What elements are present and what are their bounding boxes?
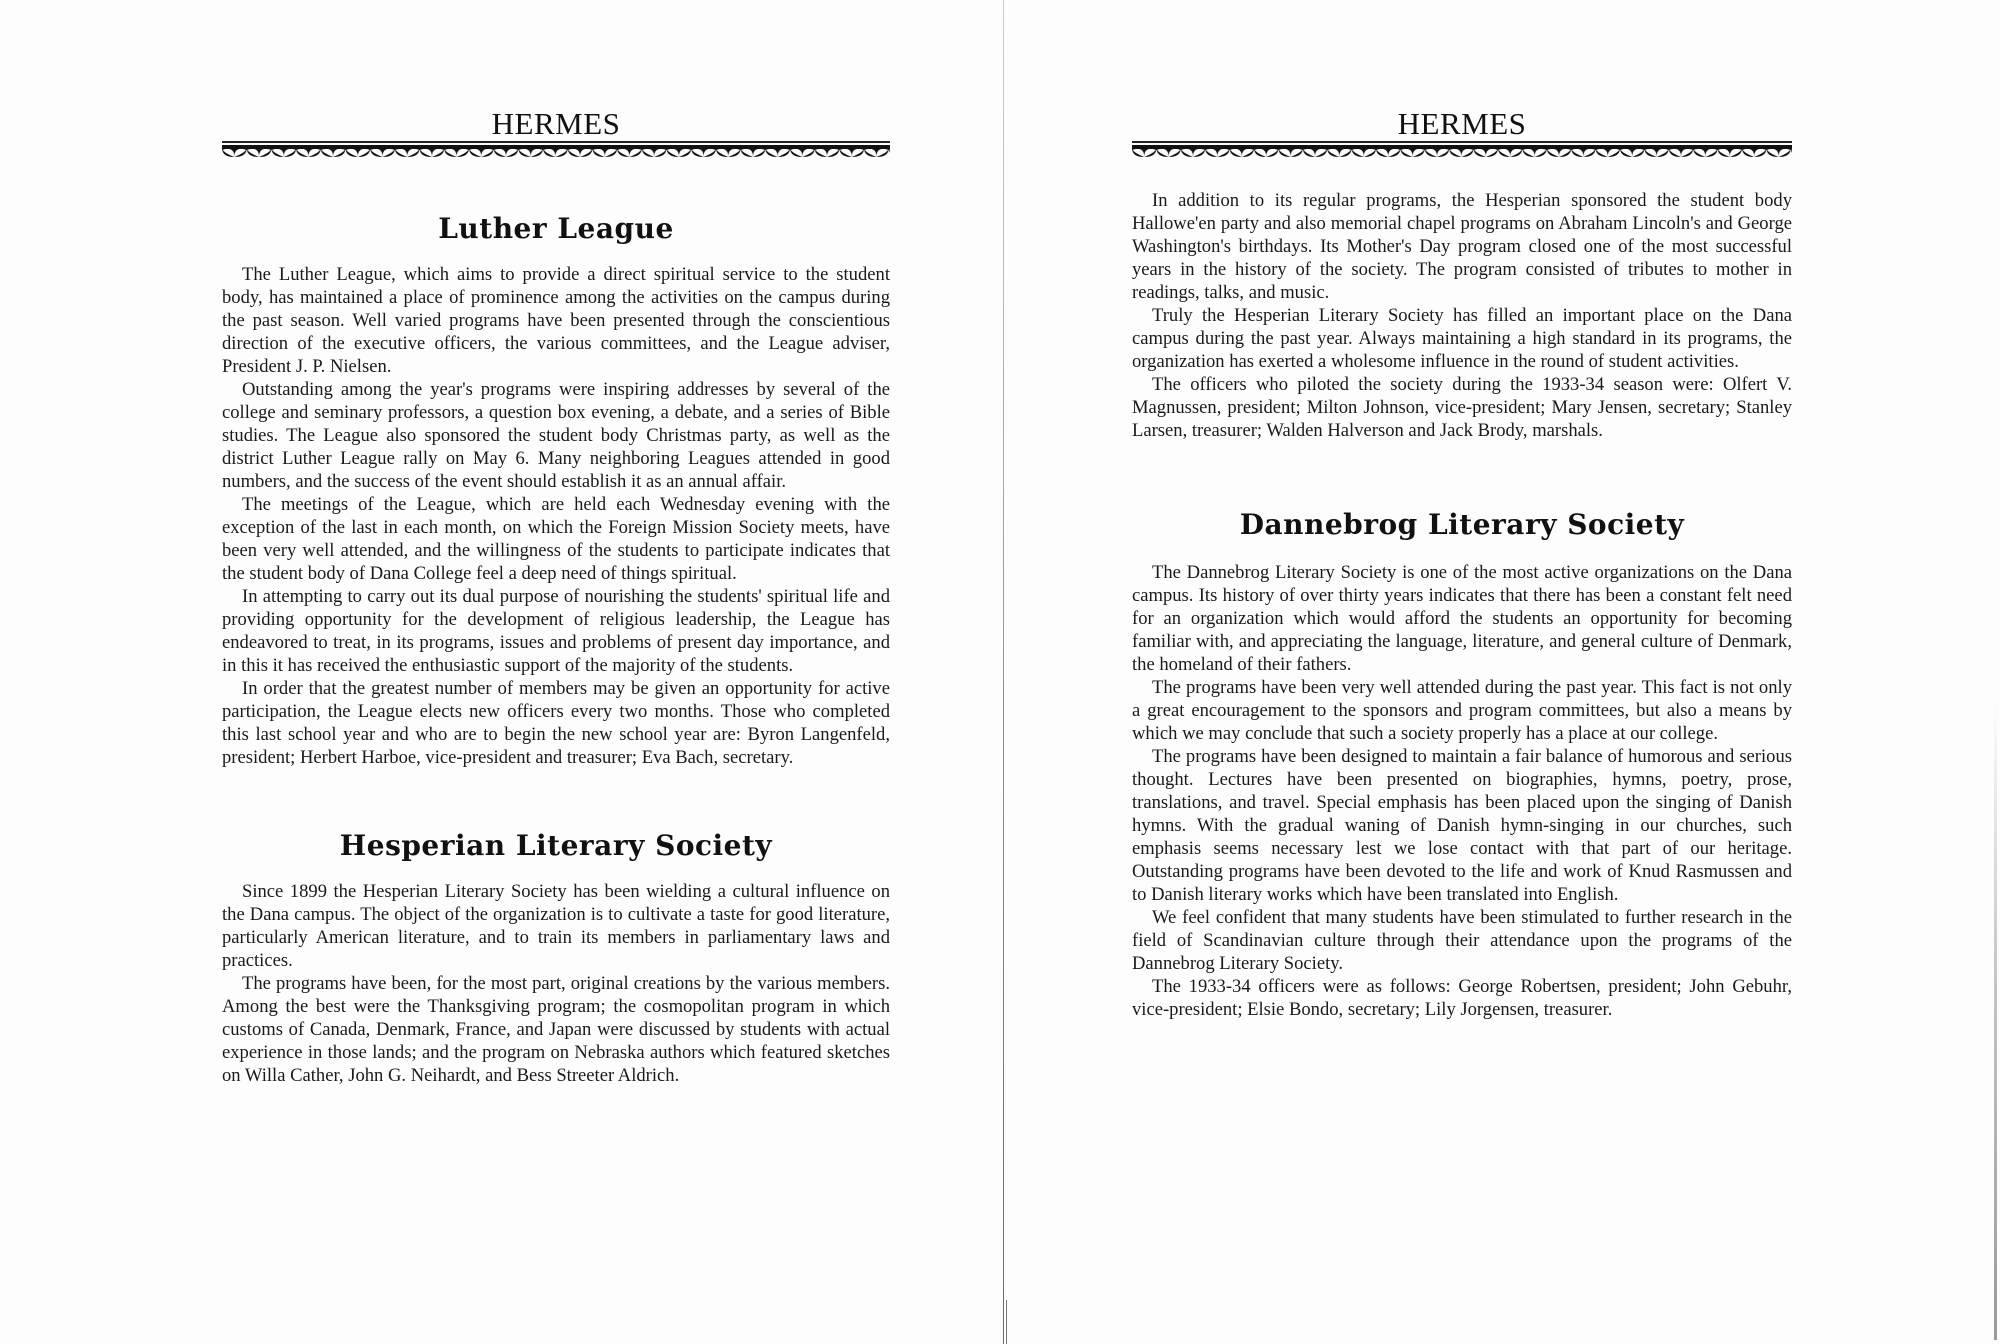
right-page: HERMES In addition to its regular progra… bbox=[1132, 0, 1792, 100]
page-edge-shadow bbox=[1994, 700, 1997, 1340]
scalloped-header-rule bbox=[1132, 141, 1792, 159]
paragraph: Since 1899 the Hesperian Literary Societ… bbox=[222, 880, 890, 972]
running-head: HERMES bbox=[1132, 0, 1792, 100]
paragraph: In order that the greatest number of mem… bbox=[222, 677, 890, 769]
paragraph: The meetings of the League, which are he… bbox=[222, 493, 890, 585]
book-gutter bbox=[1003, 0, 1004, 1344]
section-title-luther-league: Luther League bbox=[222, 212, 890, 245]
paragraph: The Luther League, which aims to provide… bbox=[222, 263, 890, 378]
right-page-content: In addition to its regular programs, the… bbox=[1132, 189, 1792, 1021]
paragraph: The programs have been designed to maint… bbox=[1132, 745, 1792, 906]
scalloped-header-rule bbox=[222, 141, 890, 159]
paragraph: In addition to its regular programs, the… bbox=[1132, 189, 1792, 304]
paragraph: The Dannebrog Literary Society is one of… bbox=[1132, 561, 1792, 676]
paragraph: The programs have been, for the most par… bbox=[222, 972, 890, 1087]
scallop-border-icon bbox=[222, 148, 890, 158]
running-head-title: HERMES bbox=[1132, 106, 1792, 142]
paragraph: The officers who piloted the society dur… bbox=[1132, 373, 1792, 442]
paragraph: Outstanding among the year's programs we… bbox=[222, 378, 890, 493]
paragraph: Truly the Hesperian Literary Society has… bbox=[1132, 304, 1792, 373]
paragraph: We feel confident that many students hav… bbox=[1132, 906, 1792, 975]
paragraph: The 1933-34 officers were as follows: Ge… bbox=[1132, 975, 1792, 1021]
running-head-title: HERMES bbox=[222, 106, 890, 142]
paragraph: In attempting to carry out its dual purp… bbox=[222, 585, 890, 677]
left-page-content: Luther League The Luther League, which a… bbox=[222, 200, 890, 1087]
scallop-border-icon bbox=[1132, 148, 1792, 158]
section-title-dannebrog-literary-society: Dannebrog Literary Society bbox=[1132, 508, 1792, 541]
running-head: HERMES bbox=[222, 0, 890, 100]
section-title-hesperian-literary-society: Hesperian Literary Society bbox=[222, 829, 890, 862]
book-gutter-shadow bbox=[1006, 1300, 1007, 1344]
left-page: HERMES Luther League The Luther League, … bbox=[222, 0, 890, 100]
paragraph: The programs have been very well attende… bbox=[1132, 676, 1792, 745]
